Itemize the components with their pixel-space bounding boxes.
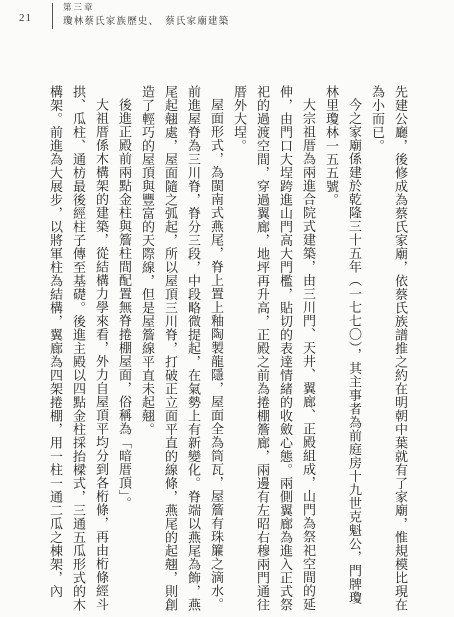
- paragraph: 大祖厝係木構架的建築，從結構力學來看，外力自屋頂平均分到各桁條，再由桁條經斗拱、…: [44, 85, 113, 615]
- paragraph: 大宗祖厝為兩進合院式建築，由三川門、天井、翼廊、正殿組成，山門為祭祀空間的延伸，…: [228, 85, 320, 615]
- running-header: 21 第三章 瓊林蔡氏家族歷史、 蔡氏家廟建築: [0, 0, 300, 34]
- paragraph: 今之家廟係建於乾隆三十五年（一七七〇），其主事者為前庭房十九世克魁公，門牌瓊林里…: [320, 85, 366, 615]
- running-title: 瓊林蔡氏家族歷史、 蔡氏家廟建築: [63, 13, 229, 27]
- header-divider: [52, 3, 53, 29]
- paragraph: 先建公廳，後修成為蔡氏家廟，依蔡氏族譜推之約在明朝中葉就有了家廟，惟規模比現在為…: [366, 85, 412, 615]
- paragraph: 後進正殿前兩點金柱與簷柱間配置無脊捲棚屋面，俗稱為「暗厝頂」。: [113, 85, 136, 615]
- paragraph: 屋面形式，為閩南式燕尾，脊上置上釉陶製龍隱，屋面全為筒瓦，屋簷有珠簾之滴水。前進…: [136, 85, 228, 615]
- book-page: 21 第三章 瓊林蔡氏家族歷史、 蔡氏家廟建築 先建公廳，後修成為蔡氏家廟，依蔡…: [0, 0, 454, 617]
- page-number: 21: [19, 12, 32, 24]
- body-text: 先建公廳，後修成為蔡氏家廟，依蔡氏族譜推之約在明朝中葉就有了家廟，惟規模比現在為…: [42, 85, 412, 615]
- chapter-label: 第三章: [63, 1, 95, 13]
